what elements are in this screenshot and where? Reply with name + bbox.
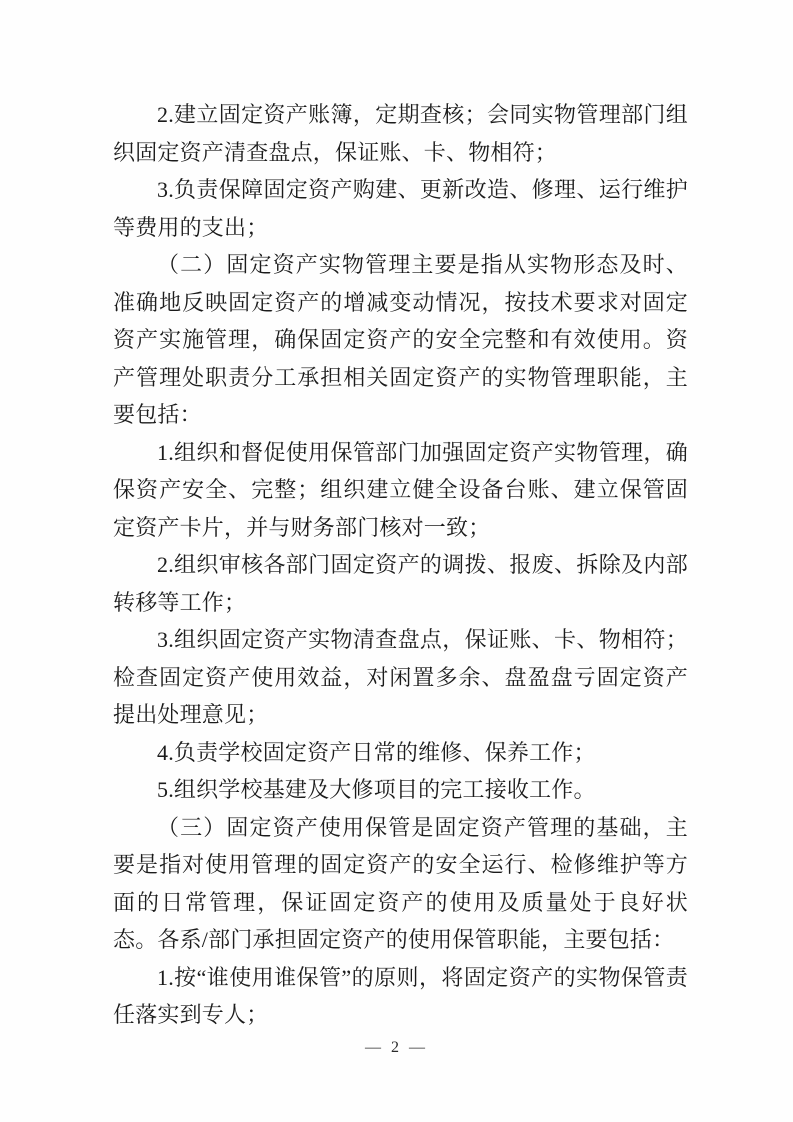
paragraph: 3.组织固定资产实物清查盘点，保证账、卡、物相符；检查固定资产使用效益，对闲置多… <box>113 621 688 734</box>
document-text-block: 2.建立固定资产账簿，定期查核；会同实物管理部门组织固定资产清查盘点，保证账、卡… <box>113 96 688 1034</box>
paragraph: 2.建立固定资产账簿，定期查核；会同实物管理部门组织固定资产清查盘点，保证账、卡… <box>113 96 688 171</box>
paragraph: 3.负责保障固定资产购建、更新改造、修理、运行维护等费用的支出； <box>113 171 688 246</box>
document-page: 2.建立固定资产账簿，定期查核；会同实物管理部门组织固定资产清查盘点，保证账、卡… <box>0 0 793 1122</box>
paragraph: 4.负责学校固定资产日常的维修、保养工作； <box>113 734 688 772</box>
paragraph: （三）固定资产使用保管是固定资产管理的基础，主要是指对使用管理的固定资产的安全运… <box>113 809 688 959</box>
paragraph: （二）固定资产实物管理主要是指从实物形态及时、准确地反映固定资产的增减变动情况，… <box>113 246 688 434</box>
paragraph: 1.按“谁使用谁保管”的原则，将固定资产的实物保管责任落实到专人； <box>113 959 688 1034</box>
page-number: — 2 — <box>0 1038 793 1058</box>
paragraph: 2.组织审核各部门固定资产的调拨、报废、拆除及内部转移等工作； <box>113 546 688 621</box>
paragraph: 1.组织和督促使用保管部门加强固定资产实物管理，确保资产安全、完整；组织建立健全… <box>113 434 688 547</box>
paragraph: 5.组织学校基建及大修项目的完工接收工作。 <box>113 771 688 809</box>
